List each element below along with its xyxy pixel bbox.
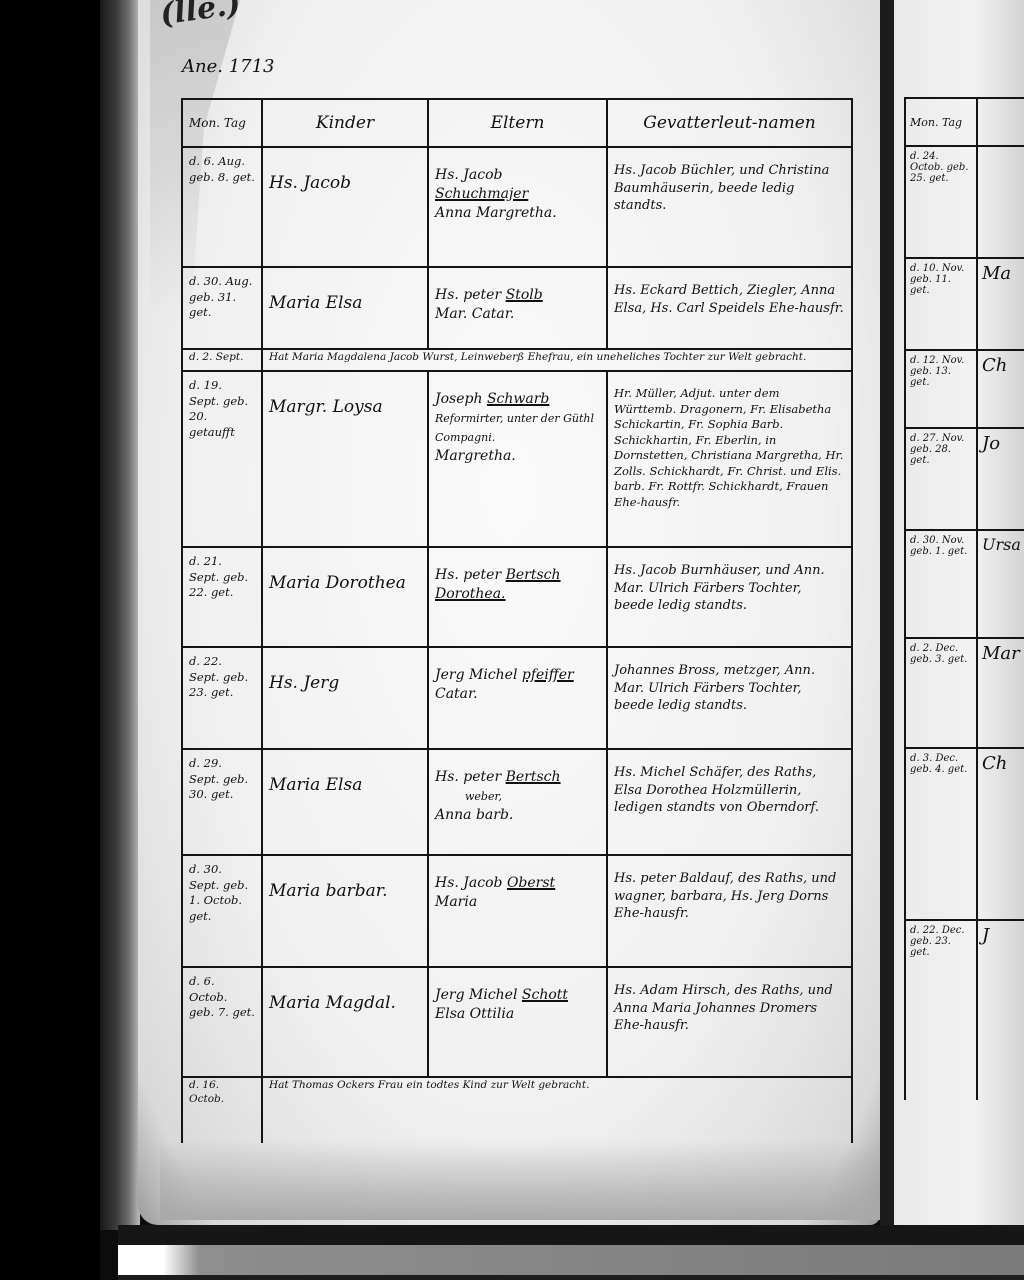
entry-child: Mar [977,638,1024,748]
father-name: Jerg Michel [435,987,517,1003]
father-surname: Stolb [506,287,543,303]
entry-parents: Hs. Jacob Schuchmajer Anna Margretha. [428,147,607,267]
mother-name: Maria [435,894,477,910]
entry-child: Margr. Loysa [262,371,428,547]
entry-godparents: Hs. Jacob Büchler, und Christina Baumhäu… [607,147,852,267]
entry-date: d. 3. Dec. geb. 4. get. [905,748,977,920]
entry-date: d. 19. Sept. geb. 20. getaufft [182,371,262,547]
entry-date: d. 24. Octob. geb. 25. get. [905,146,977,258]
father-surname: Bertsch [506,769,561,785]
father-name: Joseph [435,391,483,407]
entry-godparents: Hr. Müller, Adjut. unter dem Württemb. D… [607,371,852,547]
mother-name: Mar. Catar. [435,306,514,322]
table-row: d. 19. Sept. geb. 20. getaufft Margr. Lo… [182,371,852,547]
table-row: d. 24. Octob. geb. 25. get. [905,146,1024,258]
header-parents: Eltern [428,99,607,147]
table-header: Mon. Tag [905,98,1024,146]
father-surname: Schuchmajer [435,186,528,202]
header-godparents: Gevatterleut-namen [607,99,852,147]
father-surname: Oberst [507,875,555,891]
mother-name: Anna Margretha. [435,205,557,221]
table-row: d. 30. Sept. geb. 1. Octob. get. Maria b… [182,855,852,967]
table-header: Mon. Tag Kinder Eltern Gevatterleut-name… [182,99,852,147]
note-date: d. 16. Octob. [182,1077,262,1143]
entry-date: d. 6. Aug. geb. 8. get. [182,147,262,267]
entry-date: d. 22. Sept. geb. 23. get. [182,647,262,749]
entry-godparents: Hs. Eckard Bettich, Ziegler, Anna Elsa, … [607,267,852,349]
baptism-register-table: Mon. Tag Kinder Eltern Gevatterleut-name… [181,98,853,1143]
header-date: Mon. Tag [905,98,977,146]
mother-name: Anna barb. [435,807,513,823]
entry-date: d. 21. Sept. geb. 22. get. [182,547,262,647]
entry-date: d. 30. Sept. geb. 1. Octob. get. [182,855,262,967]
entry-child: Ch [977,350,1024,428]
entry-date: d. 27. Nov. geb. 28. get. [905,428,977,530]
entry-parents: Joseph Schwarb Reformirter, unter der Gü… [428,371,607,547]
entry-parents: Hs. Jacob Oberst Maria [428,855,607,967]
header-child [977,98,1024,146]
note-date: d. 2. Sept. [182,349,262,371]
entry-child: Maria barbar. [262,855,428,967]
entry-child: Jo [977,428,1024,530]
table-row: d. 21. Sept. geb. 22. get. Maria Dorothe… [182,547,852,647]
father-name: Hs. peter [435,567,501,583]
page-gutter [880,0,894,1225]
entry-child [977,146,1024,258]
father-surname: Schwarb [487,391,549,407]
table-row: d. 6. Aug. geb. 8. get. Hs. Jacob Hs. Ja… [182,147,852,267]
table-row: d. 3. Dec. geb. 4. get. Ch [905,748,1024,920]
scan-edge-strip [118,1245,1024,1275]
header-date: Mon. Tag [182,99,262,147]
table-row: d. 22. Dec. geb. 23. get. J [905,920,1024,1100]
table-row: d. 30. Aug. geb. 31. get. Maria Elsa Hs.… [182,267,852,349]
entry-date: d. 30. Nov. geb. 1. get. [905,530,977,638]
mother-name: Catar. [435,686,478,702]
table-row: d. 10. Nov. geb. 11. get. Ma [905,258,1024,350]
bottom-stain [160,1140,880,1220]
father-name: Hs. Jacob [435,167,502,183]
entry-parents: Jerg Michel pfeiffer Catar. [428,647,607,749]
mother-name: Dorothea. [435,586,506,602]
father-name: Hs. peter [435,287,501,303]
table-row: d. 22. Sept. geb. 23. get. Hs. Jerg Jerg… [182,647,852,749]
entry-child: Hs. Jerg [262,647,428,749]
entry-godparents: Hs. Adam Hirsch, des Raths, und Anna Mar… [607,967,852,1077]
entry-child: Ma [977,258,1024,350]
father-occupation: Reformirter, unter der Güthl Compagni. [435,412,594,444]
note-text: Hat Thomas Ockers Frau ein todtes Kind z… [262,1077,852,1143]
entry-child: Maria Elsa [262,267,428,349]
entry-date: d. 29. Sept. geb. 30. get. [182,749,262,855]
entry-child: Hs. Jacob [262,147,428,267]
entry-parents: Hs. peter Bertsch Dorothea. [428,547,607,647]
note-text: Hat Maria Magdalena Jacob Wurst, Leinweb… [262,349,852,371]
entry-parents: Hs. peter Bertsch weber, Anna barb. [428,749,607,855]
entry-godparents: Hs. Michel Schäfer, des Raths, Elsa Doro… [607,749,852,855]
table-row: d. 12. Nov. geb. 13. get. Ch [905,350,1024,428]
header-child: Kinder [262,99,428,147]
entry-child: Maria Elsa [262,749,428,855]
father-name: Jerg Michel [435,667,517,683]
scan-border-left [0,0,100,1280]
table-row: d. 29. Sept. geb. 30. get. Maria Elsa Hs… [182,749,852,855]
entry-godparents: Hs. Jacob Burnhäuser, und Ann. Mar. Ulri… [607,547,852,647]
father-surname: Schott [522,987,568,1003]
scan-border-bottom-edge [118,1275,1024,1280]
father-surname: pfeiffer [522,667,574,683]
father-occupation: weber, [435,790,502,803]
father-surname: Bertsch [506,567,561,583]
entry-child: Ursa [977,530,1024,638]
father-name: Hs. Jacob [435,875,502,891]
entry-date: d. 12. Nov. geb. 13. get. [905,350,977,428]
table-row: d. 30. Nov. geb. 1. get. Ursa [905,530,1024,638]
year-label: Ane. 1713 [182,56,275,77]
entry-date: d. 6. Octob. geb. 7. get. [182,967,262,1077]
table-row: d. 6. Octob. geb. 7. get. Maria Magdal. … [182,967,852,1077]
table-row-note: d. 2. Sept. Hat Maria Magdalena Jacob Wu… [182,349,852,371]
entry-parents: Jerg Michel Schott Elsa Ottilia [428,967,607,1077]
table-row: d. 27. Nov. geb. 28. get. Jo [905,428,1024,530]
father-name: Hs. peter [435,769,501,785]
entry-child: J [977,920,1024,1100]
entry-date: d. 10. Nov. geb. 11. get. [905,258,977,350]
right-page-register-fragment: Mon. Tag d. 24. Octob. geb. 25. get. d. … [904,97,1024,1100]
scan-border-bottom [118,1225,1024,1245]
table-row-note: d. 16. Octob. Hat Thomas Ockers Frau ein… [182,1077,852,1143]
entry-child: Maria Magdal. [262,967,428,1077]
entry-parents: Hs. peter Stolb Mar. Catar. [428,267,607,349]
mother-name: Elsa Ottilia [435,1006,514,1022]
entry-date: d. 2. Dec. geb. 3. get. [905,638,977,748]
entry-godparents: Johannes Bross, metzger, Ann. Mar. Ulric… [607,647,852,749]
mother-name: Margretha. [435,448,516,464]
entry-godparents: Hs. peter Baldauf, des Raths, und wagner… [607,855,852,967]
table-row: d. 2. Dec. geb. 3. get. Mar [905,638,1024,748]
entry-date: d. 30. Aug. geb. 31. get. [182,267,262,349]
entry-child: Ch [977,748,1024,920]
entry-child: Maria Dorothea [262,547,428,647]
entry-date: d. 22. Dec. geb. 23. get. [905,920,977,1100]
book-binding [100,0,140,1230]
